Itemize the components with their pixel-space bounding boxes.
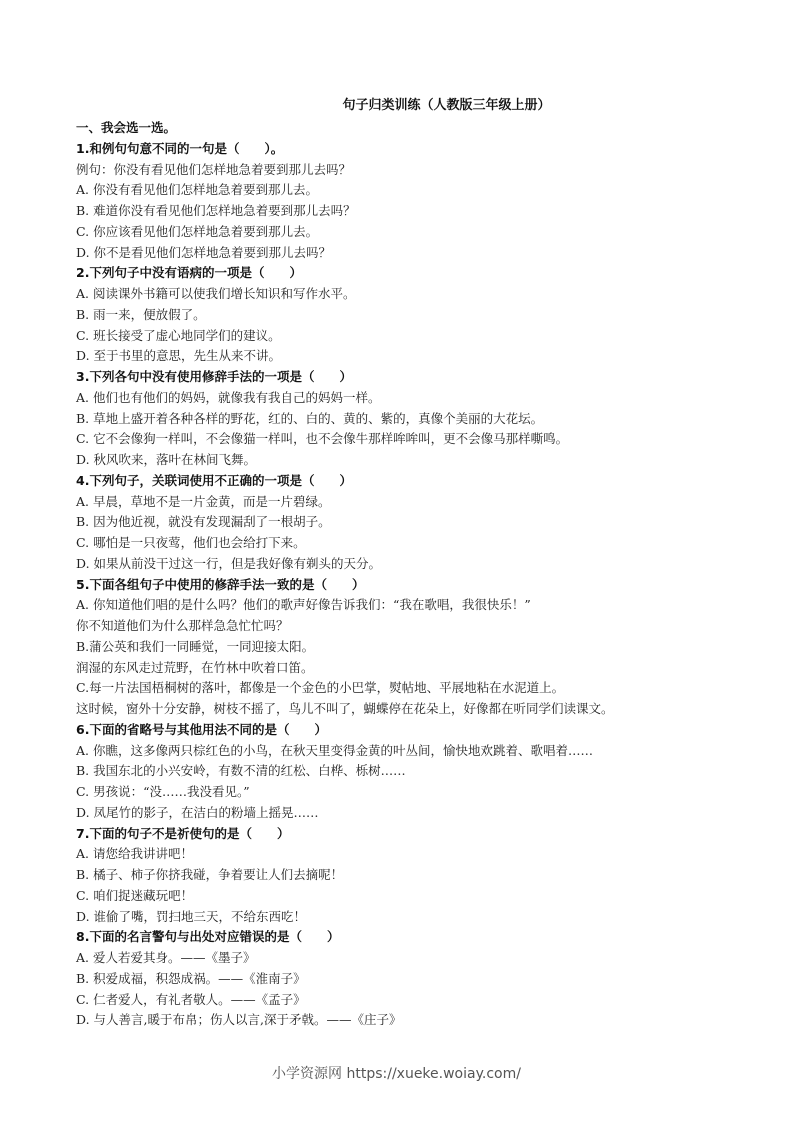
question-option: 例句：你没有看见他们怎样地急着要到那儿去吗？ [76, 160, 736, 181]
question-option: 这时候，窗外十分安静，树枝不摇了，鸟儿不叫了，蝴蝶停在花朵上，好像都在听同学们读… [76, 699, 736, 720]
question-stem: 5.下面各组句子中使用的修辞手法一致的是（ ） [76, 575, 736, 596]
question-stem: 7.下面的句子不是祈使句的是（ ） [76, 824, 736, 845]
question-option: A. 爱人若爱其身。——《墨子》 [76, 948, 736, 969]
question-option: C. 哪怕是一只夜莺，他们也会给打下来。 [76, 533, 736, 554]
question-option: D. 如果从前没干过这一行，但是我好像有剃头的天分。 [76, 554, 736, 575]
question-option: B. 积爱成福，积怨成祸。——《淮南子》 [76, 969, 736, 990]
question-option: B. 橘子、柿子你挤我碰，争着要让人们去摘呢！ [76, 865, 736, 886]
question-option: B.蒲公英和我们一同睡觉，一同迎接太阳。 [76, 637, 736, 658]
question-option: A. 你知道他们唱的是什么吗？他们的歌声好像告诉我们：“我在歌唱，我很快乐！” [76, 595, 736, 616]
question-option: B. 因为他近视，就没有发现漏刮了一根胡子。 [76, 512, 736, 533]
question-option: D. 凤尾竹的影子，在洁白的粉墙上摇晃…… [76, 803, 736, 824]
question-stem: 4.下列句子，关联词使用不正确的一项是（ ） [76, 471, 736, 492]
question-option: B. 草地上盛开着各种各样的野花，红的、白的、黄的、紫的，真像个美丽的大花坛。 [76, 409, 736, 430]
question-option: C. 咱们捉迷藏玩吧！ [76, 886, 736, 907]
question-option: C. 它不会像狗一样叫，不会像猫一样叫，也不会像牛那样哞哞叫，更不会像马那样嘶鸣… [76, 429, 736, 450]
section-heading: 一、我会选一选。 [76, 118, 736, 139]
question-option: B. 难道你没有看见他们怎样地急着要到那儿去吗？ [76, 201, 736, 222]
footer-watermark: 小学资源网 https://xueke.woiay.com/ [0, 1063, 793, 1083]
question-option: D. 秋风吹来，落叶在林间飞舞。 [76, 450, 736, 471]
question-stem: 3.下列各句中没有使用修辞手法的一项是（ ） [76, 367, 736, 388]
question-option: D. 至于书里的意思，先生从来不讲。 [76, 346, 736, 367]
question-option: B. 雨一来，便放假了。 [76, 305, 736, 326]
question-option: C. 你应该看见他们怎样地急着要到那儿去。 [76, 222, 736, 243]
question-option: A. 他们也有他们的妈妈，就像我有我自己的妈妈一样。 [76, 388, 736, 409]
question-option: D. 你不是看见他们怎样地急着要到那儿去吗？ [76, 243, 736, 264]
question-option: C. 班长接受了虚心地同学们的建议。 [76, 326, 736, 347]
question-option: A. 早晨，草地不是一片金黄，而是一片碧绿。 [76, 492, 736, 513]
question-option: D. 与人善言,暖于布帛；伤人以言,深于矛戟。——《庄子》 [76, 1010, 736, 1031]
question-option: C. 仁者爱人，有礼者敬人。——《孟子》 [76, 990, 736, 1011]
question-option: 润湿的东风走过荒野，在竹林中吹着口笛。 [76, 658, 736, 679]
document-page: 句子归类训练（人教版三年级上册） 一、我会选一选。 1.和例句句意不同的一句是（… [0, 0, 793, 1122]
question-option: A. 你没有看见他们怎样地急着要到那儿去。 [76, 180, 736, 201]
question-option: C.每一片法国梧桐树的落叶，都像是一个金色的小巴掌，熨帖地、平展地粘在水泥道上。 [76, 678, 736, 699]
page-title: 句子归类训练（人教版三年级上册） [0, 94, 793, 113]
question-list: 一、我会选一选。 1.和例句句意不同的一句是（ ）。例句：你没有看见他们怎样地急… [76, 118, 736, 1031]
question-option: D. 谁偷了嘴，罚扫地三天，不给东西吃！ [76, 907, 736, 928]
question-stem: 6.下面的省略号与其他用法不同的是（ ） [76, 720, 736, 741]
question-option: A. 你瞧，这多像两只棕红色的小鸟，在秋天里变得金黄的叶丛间，愉快地欢跳着、歌唱… [76, 741, 736, 762]
question-option: C. 男孩说：“没……我没看见。” [76, 782, 736, 803]
question-stem: 2.下列句子中没有语病的一项是（ ） [76, 263, 736, 284]
question-stem: 1.和例句句意不同的一句是（ ）。 [76, 139, 736, 160]
question-option: B. 我国东北的小兴安岭，有数不清的红松、白桦、栎树…… [76, 761, 736, 782]
question-option: 你不知道他们为什么那样急急忙忙吗？ [76, 616, 736, 637]
question-option: A. 请您给我讲讲吧！ [76, 844, 736, 865]
question-stem: 8.下面的名言警句与出处对应错误的是（ ） [76, 927, 736, 948]
question-option: A. 阅读课外书籍可以使我们增长知识和写作水平。 [76, 284, 736, 305]
